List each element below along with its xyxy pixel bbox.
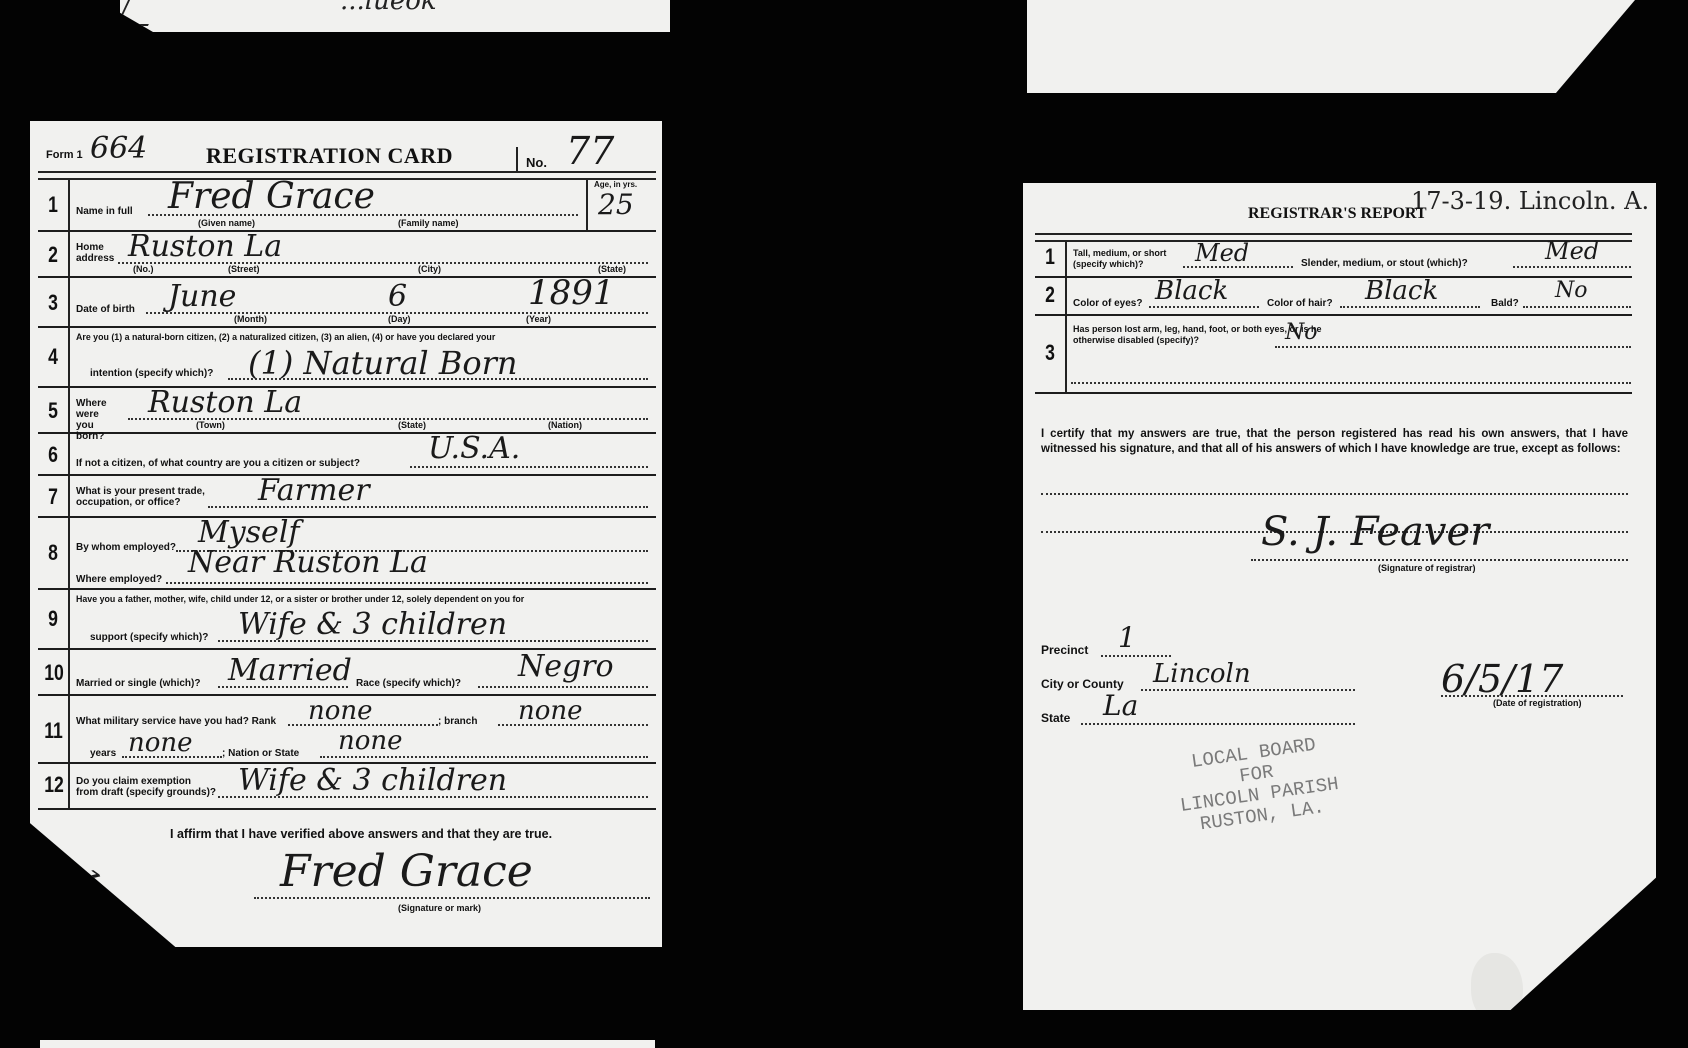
fragment-handwriting: ...lueok xyxy=(340,0,437,16)
field-row-citizenship: 4 Are you (1) a natural-born citizen, (2… xyxy=(38,328,656,388)
field-label: What military service have you had? Rank xyxy=(76,716,276,727)
field-row-exemption: 12 Do you claim exemption from draft (sp… xyxy=(38,764,656,810)
field-caption: (Town) xyxy=(196,420,225,430)
row-number: 9 xyxy=(44,606,62,632)
field-row-home-address: 2 Home address (No.) (Street) (City) (St… xyxy=(38,232,656,278)
field-label: What is your present trade, occupation, … xyxy=(76,486,206,508)
row-number: 4 xyxy=(44,344,62,370)
report-title: REGISTRAR'S REPORT xyxy=(1248,205,1427,223)
field-caption: (Day) xyxy=(388,314,411,324)
field-question: Are you (1) a natural-born citizen, (2) … xyxy=(76,332,495,343)
field-row-dependents: 9 Have you a father, mother, wife, child… xyxy=(38,590,656,650)
answer-birth-month: June xyxy=(168,282,236,312)
precinct-value: 1 xyxy=(1118,623,1136,653)
answer-exemption: Wife & 3 children xyxy=(238,766,507,796)
state-label: State xyxy=(1041,711,1070,725)
answer-years: none xyxy=(128,728,193,758)
affirmation-text: I affirm that I have verified above answ… xyxy=(170,827,552,841)
field-caption: (Street) xyxy=(228,264,260,274)
field-label: By whom employed? xyxy=(76,542,176,553)
field-caption: (Given name) xyxy=(198,218,255,228)
card-header: Form 1 664 REGISTRATION CARD No. 77 xyxy=(46,135,650,169)
answer-home-address: Ruston La xyxy=(128,232,282,262)
answer-marital-status: Married xyxy=(228,656,352,686)
row-number: 11 xyxy=(44,718,62,744)
registrars-report-card: 17-3-19. Lincoln. A. REGISTRAR'S REPORT … xyxy=(1023,183,1656,1010)
answer-employer: Myself xyxy=(198,518,300,548)
row-number: 1 xyxy=(44,192,62,218)
answer-rank: none xyxy=(308,696,373,726)
field-row-height-build: 1 Tall, medium, or short (specify which)… xyxy=(1035,240,1632,278)
answer-name: Fred Grace xyxy=(168,182,375,212)
answer-hair-color: Black xyxy=(1365,276,1438,306)
field-row-eyes-hair: 2 Color of eyes? Black Color of hair? Bl… xyxy=(1035,278,1632,316)
registrar-signature-caption: (Signature of registrar) xyxy=(1378,563,1476,573)
field-caption: (Year) xyxy=(526,314,551,324)
answer-place-of-employment: Near Ruston La xyxy=(188,548,428,578)
answer-birth-year: 1891 xyxy=(528,278,615,308)
row-number: 7 xyxy=(44,484,62,510)
signature-line xyxy=(254,897,650,899)
check-mark xyxy=(116,0,160,26)
answer-eye-color: Black xyxy=(1155,276,1228,306)
field-row-birthplace: 5 Where were you born? (Town) (State) (N… xyxy=(38,388,656,434)
registration-card: Form 1 664 REGISTRATION CARD No. 77 1 Na… xyxy=(30,121,662,947)
registrar-signature-line xyxy=(1251,559,1628,561)
answer-citizenship: (1) Natural Born xyxy=(248,348,518,378)
serial-stamp: 17-3-19. Lincoln. A. xyxy=(1411,187,1649,215)
paper-stain xyxy=(1471,953,1523,1023)
registration-date-caption: (Date of registration) xyxy=(1493,698,1582,708)
form-number: 664 xyxy=(90,131,147,166)
field-label: Name in full xyxy=(76,206,133,217)
row-number: 12 xyxy=(44,772,62,798)
field-label: Bald? xyxy=(1491,298,1519,309)
card-title: REGISTRATION CARD xyxy=(206,143,453,169)
serial-no-value: 77 xyxy=(566,129,614,173)
field-row-military-service: 11 What military service have you had? R… xyxy=(38,696,656,764)
field-label: Where employed? xyxy=(76,574,162,585)
field-question: Have you a father, mother, wife, child u… xyxy=(76,594,524,605)
answer-dependents: Wife & 3 children xyxy=(238,610,507,640)
field-row-date-of-birth: 3 Date of birth (Month) (Day) (Year) Jun… xyxy=(38,278,656,328)
field-label: Race (specify which)? xyxy=(356,678,461,689)
row-number: 2 xyxy=(44,242,62,268)
exceptions-line-1 xyxy=(1041,493,1628,495)
field-label: support (specify which)? xyxy=(90,632,208,643)
answer-build: Med xyxy=(1545,236,1599,266)
local-board-stamp: LOCAL BOARD FOR LINCOLN PARISH RUSTON, L… xyxy=(1158,730,1358,840)
answer-nation-or-state: none xyxy=(338,726,403,756)
row-number: 3 xyxy=(44,290,62,316)
field-label: Slender, medium, or stout (which)? xyxy=(1301,258,1468,269)
field-label: intention (specify which)? xyxy=(90,368,213,379)
adjacent-card-fragment-top-right xyxy=(1027,0,1635,93)
field-label: Do you claim exemption from draft (speci… xyxy=(76,776,216,798)
field-label: Tall, medium, or short (specify which)? xyxy=(1073,248,1193,270)
field-label: Color of hair? xyxy=(1267,298,1333,309)
field-caption: (City) xyxy=(418,264,441,274)
row-number: 10 xyxy=(44,660,62,686)
registrant-signature: Fred Grace xyxy=(280,846,533,897)
row-number: 5 xyxy=(44,398,62,424)
field-label: If not a citizen, of what country are yo… xyxy=(76,458,360,469)
field-caption: (Nation) xyxy=(548,420,582,430)
field-label: ; branch xyxy=(438,716,477,727)
answer-birth-day: 6 xyxy=(388,282,407,312)
answer-foreign-citizenship: U.S.A. xyxy=(428,434,520,464)
adjacent-card-fragment-bottom xyxy=(40,1040,655,1048)
field-row-employer: 8 By whom employed? Myself Where employe… xyxy=(38,518,656,590)
row-number: 3 xyxy=(1041,340,1059,366)
field-caption: (Family name) xyxy=(398,218,459,228)
field-row-name: 1 Name in full (Given name) (Family name… xyxy=(38,178,656,232)
serial-no-label: No. xyxy=(516,147,547,171)
field-label: Home address xyxy=(76,242,116,264)
field-label: Married or single (which)? xyxy=(76,678,200,689)
row-number: 8 xyxy=(44,540,62,566)
answer-birthplace: Ruston La xyxy=(148,388,302,418)
field-caption: (State) xyxy=(398,420,426,430)
answer-occupation: Farmer xyxy=(258,476,370,506)
answer-branch: none xyxy=(518,696,583,726)
field-label: years xyxy=(90,748,116,759)
margin-note: 1070 xyxy=(66,861,135,951)
field-row-occupation: 7 What is your present trade, occupation… xyxy=(38,476,656,518)
registration-date-line xyxy=(1441,695,1623,697)
age-value: 25 xyxy=(598,190,634,220)
field-caption: (Month) xyxy=(234,314,267,324)
row-number: 1 xyxy=(1041,244,1059,270)
adjacent-card-fragment-top-left: ...lueok xyxy=(120,0,670,32)
certification-text: I certify that my answers are true, that… xyxy=(1041,427,1628,457)
precinct-label: Precinct xyxy=(1041,643,1088,657)
field-caption: (No.) xyxy=(133,264,154,274)
field-row-marital-race: 10 Married or single (which)? Married Ra… xyxy=(38,650,656,696)
row-number: 6 xyxy=(44,442,62,468)
state-value: La xyxy=(1103,691,1138,721)
field-row-foreign-citizenship: 6 If not a citizen, of what country are … xyxy=(38,434,656,476)
registrar-signature: S. J. Feaver xyxy=(1261,509,1489,555)
form-label: Form 1 xyxy=(46,149,83,161)
answer-race: Negro xyxy=(518,652,614,682)
field-label: Color of eyes? xyxy=(1073,298,1142,309)
field-label: ; Nation or State xyxy=(222,748,299,759)
answer-disability: No xyxy=(1285,318,1318,348)
row-number: 2 xyxy=(1041,282,1059,308)
city-county-value: Lincoln xyxy=(1153,659,1251,689)
answer-height: Med xyxy=(1195,238,1249,268)
field-label: Date of birth xyxy=(76,304,135,315)
signature-caption: (Signature or mark) xyxy=(398,903,481,913)
answer-bald: No xyxy=(1555,276,1588,306)
field-row-disability: 3 Has person lost arm, leg, hand, foot, … xyxy=(1035,316,1632,394)
